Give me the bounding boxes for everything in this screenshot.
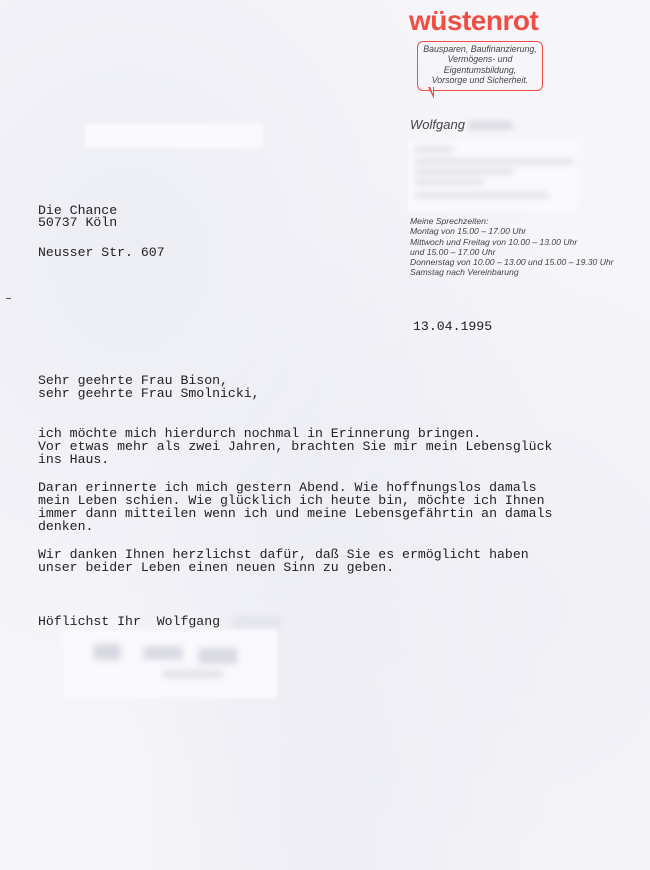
body-paragraph-3: Wir danken Ihnen herzlichst dafür, daß S…: [38, 548, 529, 574]
office-hours-line: Donnerstag von 10.00 – 13.00 und 15.00 –…: [410, 257, 614, 267]
body-paragraph-2: Daran erinnerte ich mich gestern Abend. …: [38, 481, 552, 533]
tagline-line: Bausparen, Baufinanzierung,: [418, 44, 542, 54]
brand-tagline: Bausparen, Baufinanzierung, Vermögens- u…: [417, 41, 543, 91]
closing: Höflichst Ihr Wolfgang: [38, 615, 220, 628]
sender-name: Wolfgang: [410, 117, 465, 132]
tagline-line: Vorsorge und Sicherheit.: [418, 75, 542, 85]
tagline-line: Eigentumsbildung,: [418, 65, 542, 75]
office-hours-title: Meine Sprechzeiten:: [410, 216, 614, 226]
body-paragraph-1: ich möchte mich hierdurch nochmal in Eri…: [38, 427, 552, 466]
office-hours-line: Samstag nach Vereinbarung: [410, 267, 614, 277]
redacted-return-address: [85, 124, 263, 148]
office-hours-line: Mittwoch und Freitag von 10.00 – 13.00 U…: [410, 237, 614, 247]
fold-mark: [6, 298, 11, 299]
redacted-sender-address: [408, 141, 578, 211]
recipient-city: 50737 Köln: [38, 216, 117, 229]
redacted-closing-surname: [232, 616, 282, 627]
office-hours-line: und 15.00 – 17.00 Uhr: [410, 247, 614, 257]
redacted-signature: [63, 630, 277, 698]
letter-date: 13.04.1995: [413, 320, 492, 333]
office-hours: Meine Sprechzeiten: Montag von 15.00 – 1…: [410, 216, 614, 278]
salutation: Sehr geehrte Frau Bison, sehr geehrte Fr…: [38, 374, 260, 400]
brand-logo: wüstenrot: [409, 4, 538, 38]
tagline-line: Vermögens- und: [418, 54, 542, 64]
redacted-surname: [468, 121, 513, 130]
speech-bubble-tail-inner: [430, 86, 433, 94]
recipient-street: Neusser Str. 607: [38, 246, 165, 260]
office-hours-line: Montag von 15.00 – 17.00 Uhr: [410, 226, 614, 236]
